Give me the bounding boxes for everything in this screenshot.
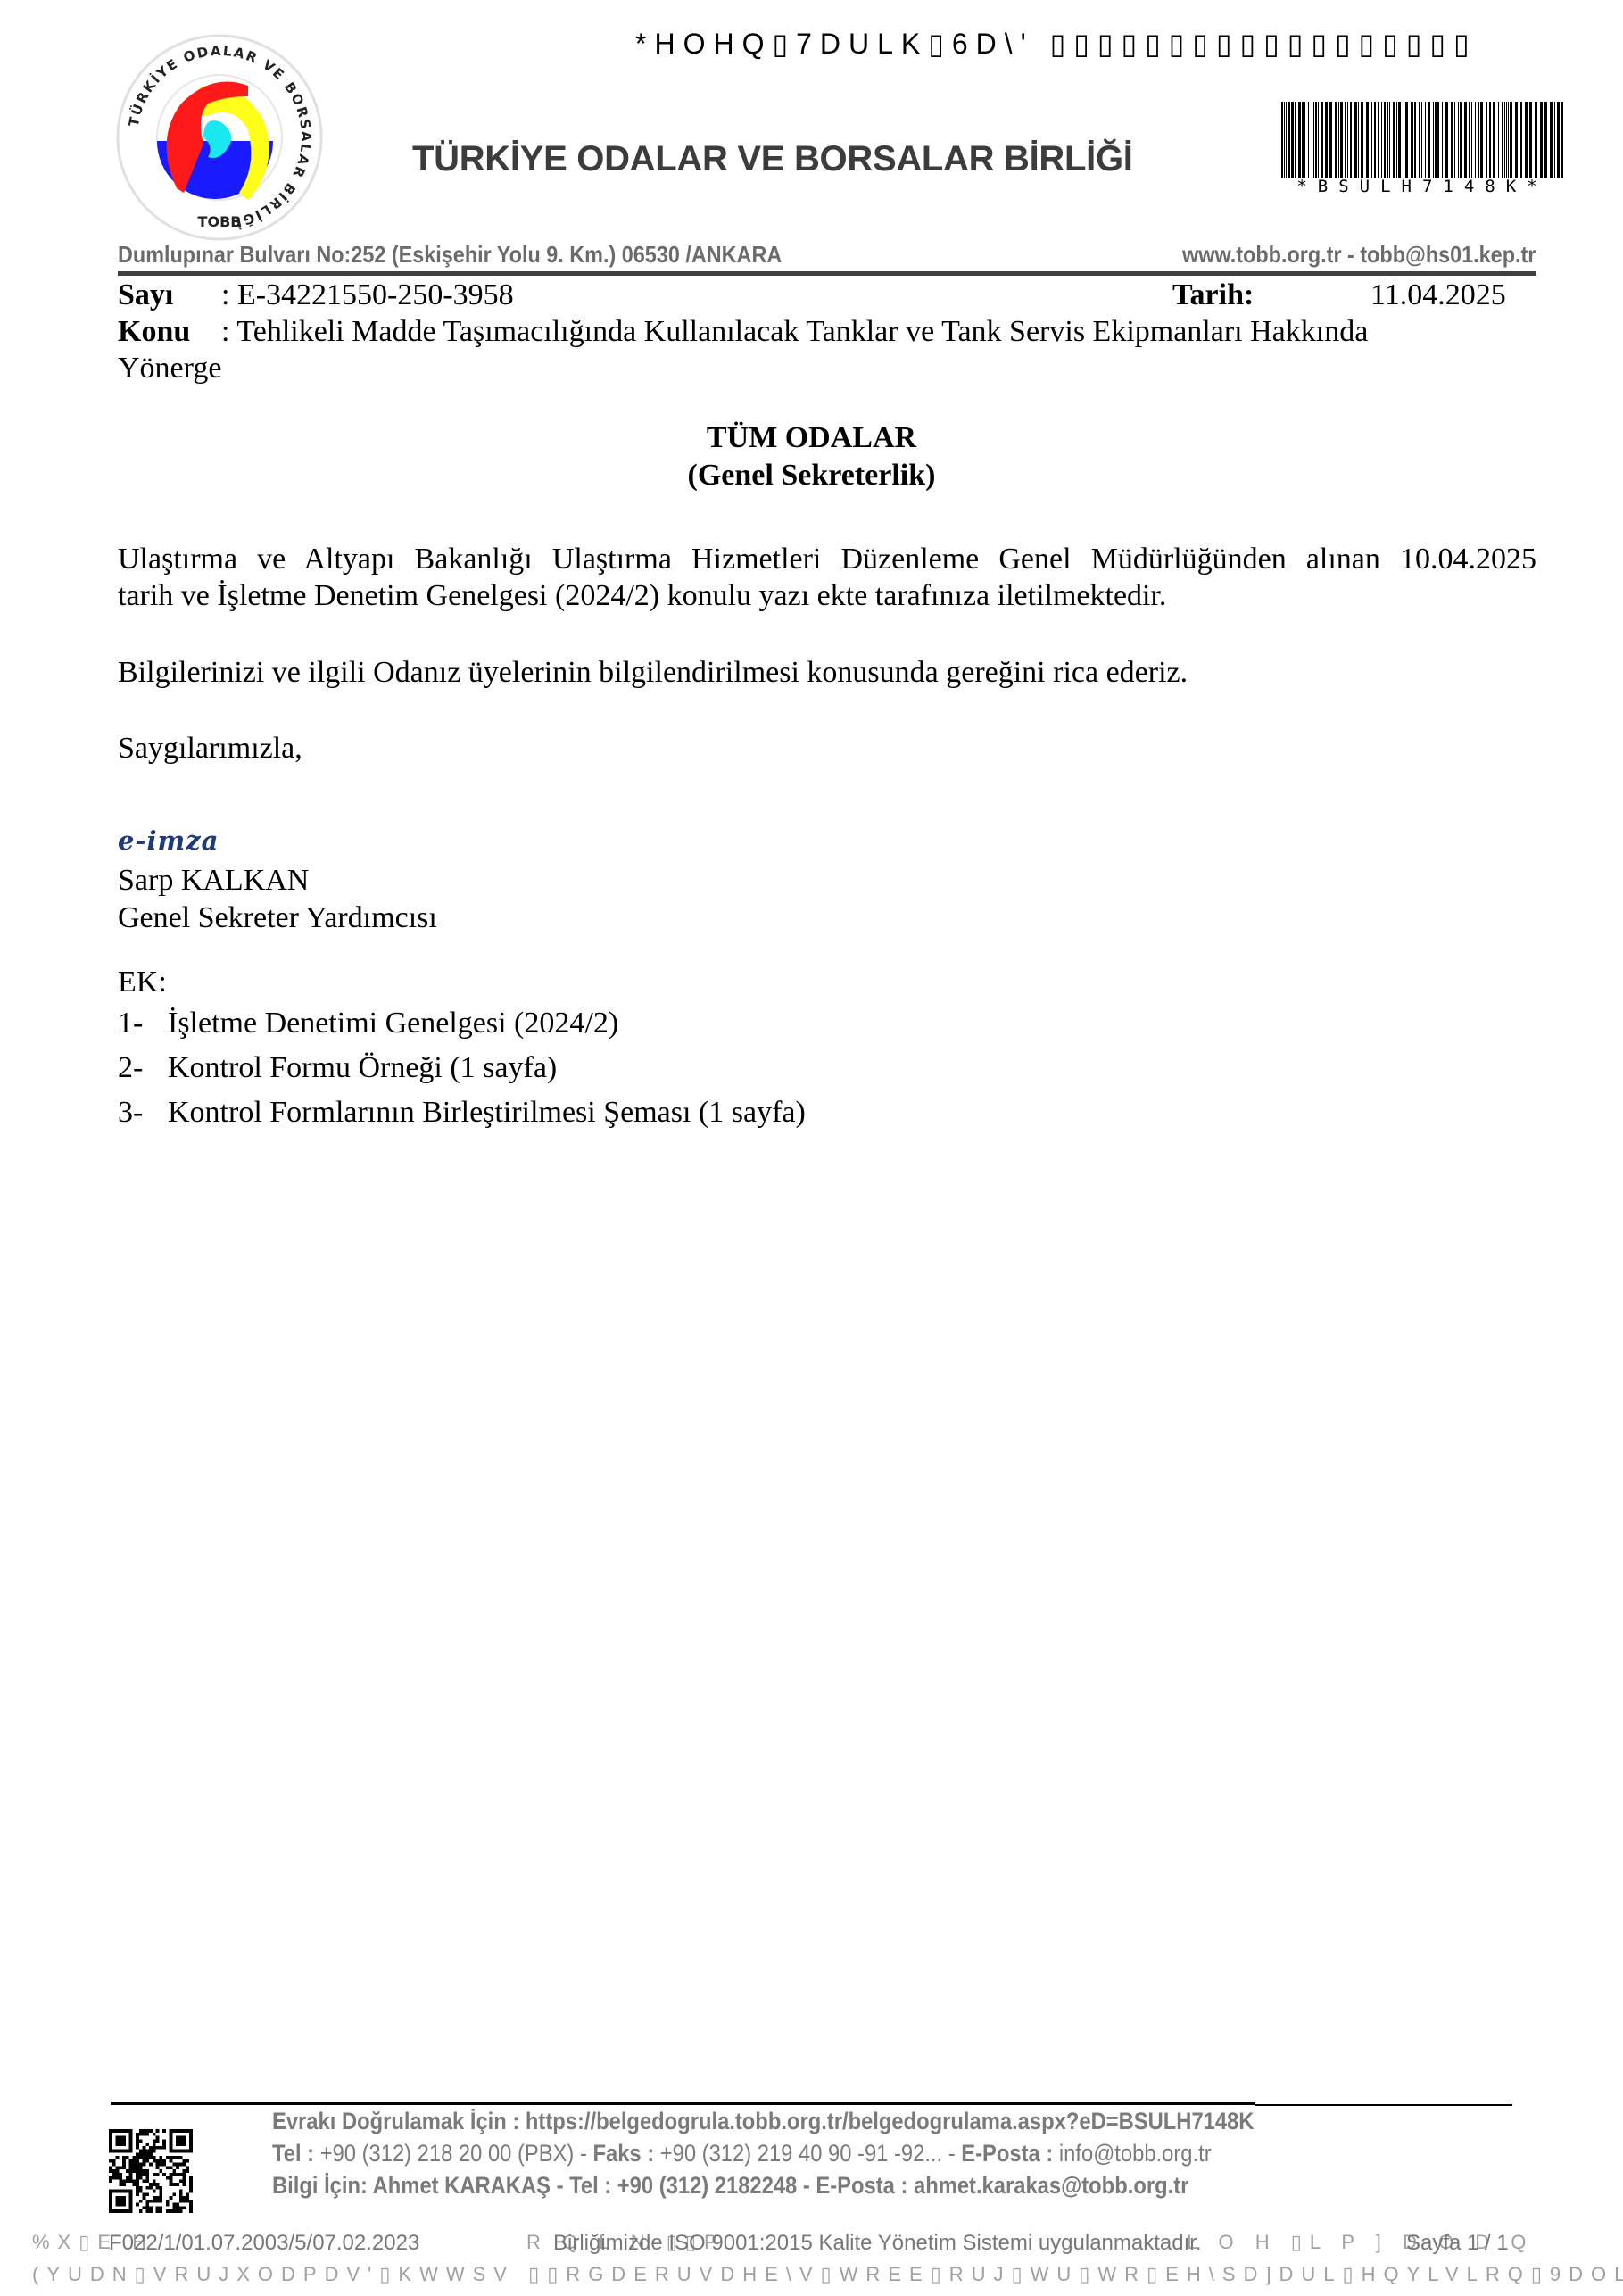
document-number-row: Sayı : E-34221550-250-3958: [118, 278, 173, 312]
footer-garbled-line-2: (YUDN▯VRUJXODPDV'▯KWWSV ▯▯RGDERUVDHE\V▯W…: [32, 2263, 1623, 2286]
fax-label: Faks :: [592, 2140, 654, 2167]
body-paragraph-1-line-1: Ulaştırma ve Altyapı Bakanlığı Ulaştırma…: [118, 541, 1536, 577]
attachment-number: 3-: [118, 1096, 168, 1130]
info-email[interactable]: E-Posta : ahmet.karakas@tobb.org.tr: [816, 2172, 1188, 2199]
tel-label: Tel :: [272, 2140, 314, 2167]
attachment-item[interactable]: 2-Kontrol Formu Örneği (1 sayfa): [118, 1051, 557, 1085]
footer-divider-right: [1255, 2104, 1512, 2106]
attachment-number: 2-: [118, 1051, 168, 1085]
attachment-number: 1-: [118, 1007, 168, 1040]
barcode-icon: [1281, 102, 1563, 178]
tobb-logo-icon: TÜRKİYE ODALAR VE BORSALAR BİRLİĞİ TOBB: [114, 32, 325, 243]
qr-code-icon: [109, 2129, 193, 2213]
attachment-item[interactable]: 1-İşletme Denetimi Genelgesi (2024/2): [118, 1007, 618, 1040]
sayi-label: Sayı: [118, 278, 173, 311]
attachment-title: İşletme Denetimi Genelgesi (2024/2): [168, 1007, 618, 1040]
info-line: Bilgi İçin: Ahmet KARAKAŞ - Tel : +90 (3…: [272, 2172, 1188, 2200]
recipient-subtitle: (Genel Sekreterlik): [0, 459, 1623, 493]
verify-url[interactable]: https://belgedogrula.tobb.org.tr/belgedo…: [526, 2108, 1255, 2134]
footer-divider: [111, 2102, 1255, 2105]
date-value: 11.04.2025: [1370, 278, 1506, 312]
qr-code: [109, 2129, 193, 2213]
tobb-logo: TÜRKİYE ODALAR VE BORSALAR BİRLİĞİ TOBB: [114, 32, 325, 243]
recipient-title: TÜM ODALAR: [0, 421, 1623, 455]
date-row: Tarih:: [1172, 278, 1254, 312]
e-signature-label: e-imza: [118, 825, 219, 856]
page-number: Sayfa 1 / 1: [1406, 2231, 1509, 2256]
tel-value: +90 (312) 218 20 00 (PBX): [320, 2140, 575, 2167]
header-divider: [118, 271, 1536, 276]
subject-row: Konu : Tehlikeli Madde Taşımacılığında K…: [118, 315, 190, 349]
verify-label: Evrakı Doğrulamak İçin :: [272, 2108, 519, 2134]
barcode: [1281, 102, 1563, 182]
contact-line: Tel : +90 (312) 218 20 00 (PBX) - Faks :…: [272, 2140, 1212, 2168]
tarih-label: Tarih:: [1172, 278, 1254, 311]
info-tel: Tel : +90 (312) 2182248: [569, 2172, 797, 2199]
email-label: E-Posta :: [961, 2140, 1053, 2167]
body-paragraph-2: Bilgilerinizi ve ilgili Odanız üyelerini…: [118, 654, 1536, 691]
form-code: F022/1/01.07.2003/5/07.02.2023: [109, 2231, 419, 2256]
info-contact-name: Bilgi İçin: Ahmet KARAKAŞ: [272, 2172, 551, 2199]
signer-title: Genel Sekreter Yardımcısı: [118, 901, 437, 935]
svg-text:TOBB: TOBB: [198, 213, 242, 230]
iso-note: Birliğimizde ISO 9001:2015 Kalite Yöneti…: [553, 2231, 1202, 2256]
address: Dumlupınar Bulvarı No:252 (Eskişehir Yol…: [118, 241, 782, 269]
sayi-value: : E-34221550-250-3958: [221, 278, 514, 312]
subject-continued: Yönerge: [118, 352, 221, 385]
barcode-label: *BSULH7148K*: [1281, 177, 1563, 196]
attachments-label: EK:: [118, 966, 167, 999]
attachment-item[interactable]: 3-Kontrol Formlarının Birleştirilmesi Şe…: [118, 1096, 806, 1130]
body-paragraph-1-line-2: tarih ve İşletme Denetim Genelgesi (2024…: [118, 577, 1536, 614]
konu-value: : Tehlikeli Madde Taşımacılığında Kullan…: [221, 315, 1368, 349]
closing-text: Saygılarımızla,: [118, 730, 1536, 767]
attachment-title: Kontrol Formlarının Birleştirilmesi Şema…: [168, 1096, 806, 1129]
signer-name: Sarp KALKAN: [118, 864, 309, 898]
attachment-title: Kontrol Formu Örneği (1 sayfa): [168, 1051, 557, 1084]
contact-info[interactable]: www.tobb.org.tr - tobb@hs01.kep.tr: [1182, 241, 1536, 269]
email-value[interactable]: info@tobb.org.tr: [1059, 2140, 1212, 2167]
organization-title: TÜRKİYE ODALAR VE BORSALAR BİRLİĞİ: [412, 139, 1133, 179]
verification-line: Evrakı Doğrulamak İçin : https://belgedo…: [272, 2108, 1254, 2135]
konu-label: Konu: [118, 315, 190, 348]
fax-value: +90 (312) 219 40 90 -91 -92...: [660, 2140, 942, 2167]
document-header-garbled-text: *HOHQ▯7DULK▯6D\' ▯▯▯▯▯▯▯▯▯▯▯▯▯▯▯▯▯▯: [635, 27, 1478, 61]
